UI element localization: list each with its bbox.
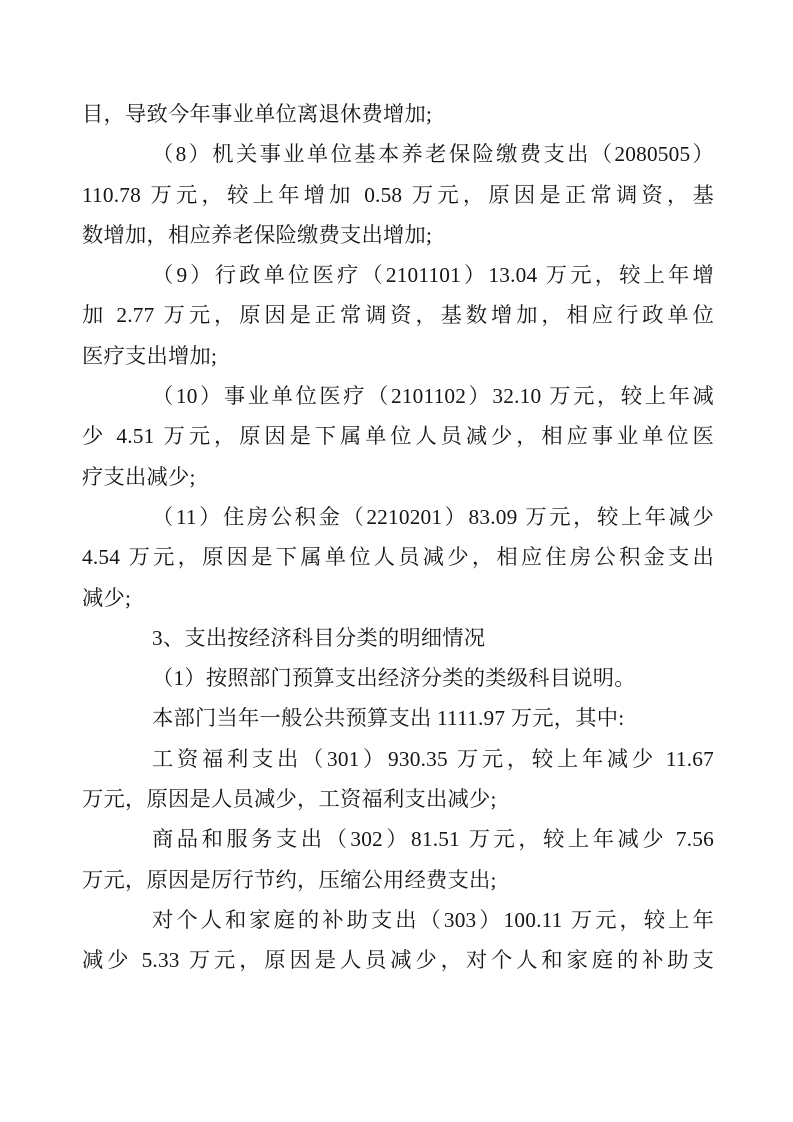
text-line: 减少 5.33 万元，原因是人员减少，对个人和家庭的补助支 [82, 940, 714, 980]
text-line: （10）事业单位医疗（2101102）32.10 万元，较上年减 [82, 376, 714, 416]
text-line: 数增加，相应养老保险缴费支出增加; [82, 215, 714, 255]
document-body-text: 目，导致今年事业单位离退休费增加; （8）机关事业单位基本养老保险缴费支出（20… [82, 94, 714, 981]
text-line: 医疗支出增加; [82, 336, 714, 376]
text-line: 对个人和家庭的补助支出（303）100.11 万元，较上年 [82, 900, 714, 940]
text-line: （8）机关事业单位基本养老保险缴费支出（2080505） [82, 134, 714, 174]
text-line: 加 2.77 万元，原因是正常调资，基数增加，相应行政单位 [82, 295, 714, 335]
text-line: 万元，原因是厉行节约，压缩公用经费支出; [82, 860, 714, 900]
text-line: 目，导致今年事业单位离退休费增加; [82, 94, 714, 134]
section-heading-line: 3、支出按经济科目分类的明细情况 [82, 618, 714, 658]
text-line: 工资福利支出（301）930.35 万元，较上年减少 11.67 [82, 739, 714, 779]
text-line: （11）住房公积金（2210201）83.09 万元，较上年减少 [82, 497, 714, 537]
text-line: （9）行政单位医疗（2101101）13.04 万元，较上年增 [82, 255, 714, 295]
text-line: 4.54 万元，原因是下属单位人员减少，相应住房公积金支出 [82, 537, 714, 577]
text-line: 万元，原因是人员减少，工资福利支出减少; [82, 779, 714, 819]
document-page: 目，导致今年事业单位离退休费增加; （8）机关事业单位基本养老保险缴费支出（20… [0, 0, 793, 1122]
text-line: 本部门当年一般公共预算支出 1111.97 万元，其中: [82, 698, 714, 738]
text-line: 少 4.51 万元，原因是下属单位人员减少，相应事业单位医 [82, 416, 714, 456]
text-line: 商品和服务支出（302）81.51 万元，较上年减少 7.56 [82, 819, 714, 859]
text-line: 疗支出减少; [82, 457, 714, 497]
text-line: （1）按照部门预算支出经济分类的类级科目说明。 [82, 658, 714, 698]
text-line: 110.78 万元，较上年增加 0.58 万元，原因是正常调资，基 [82, 175, 714, 215]
text-line: 减少; [82, 578, 714, 618]
